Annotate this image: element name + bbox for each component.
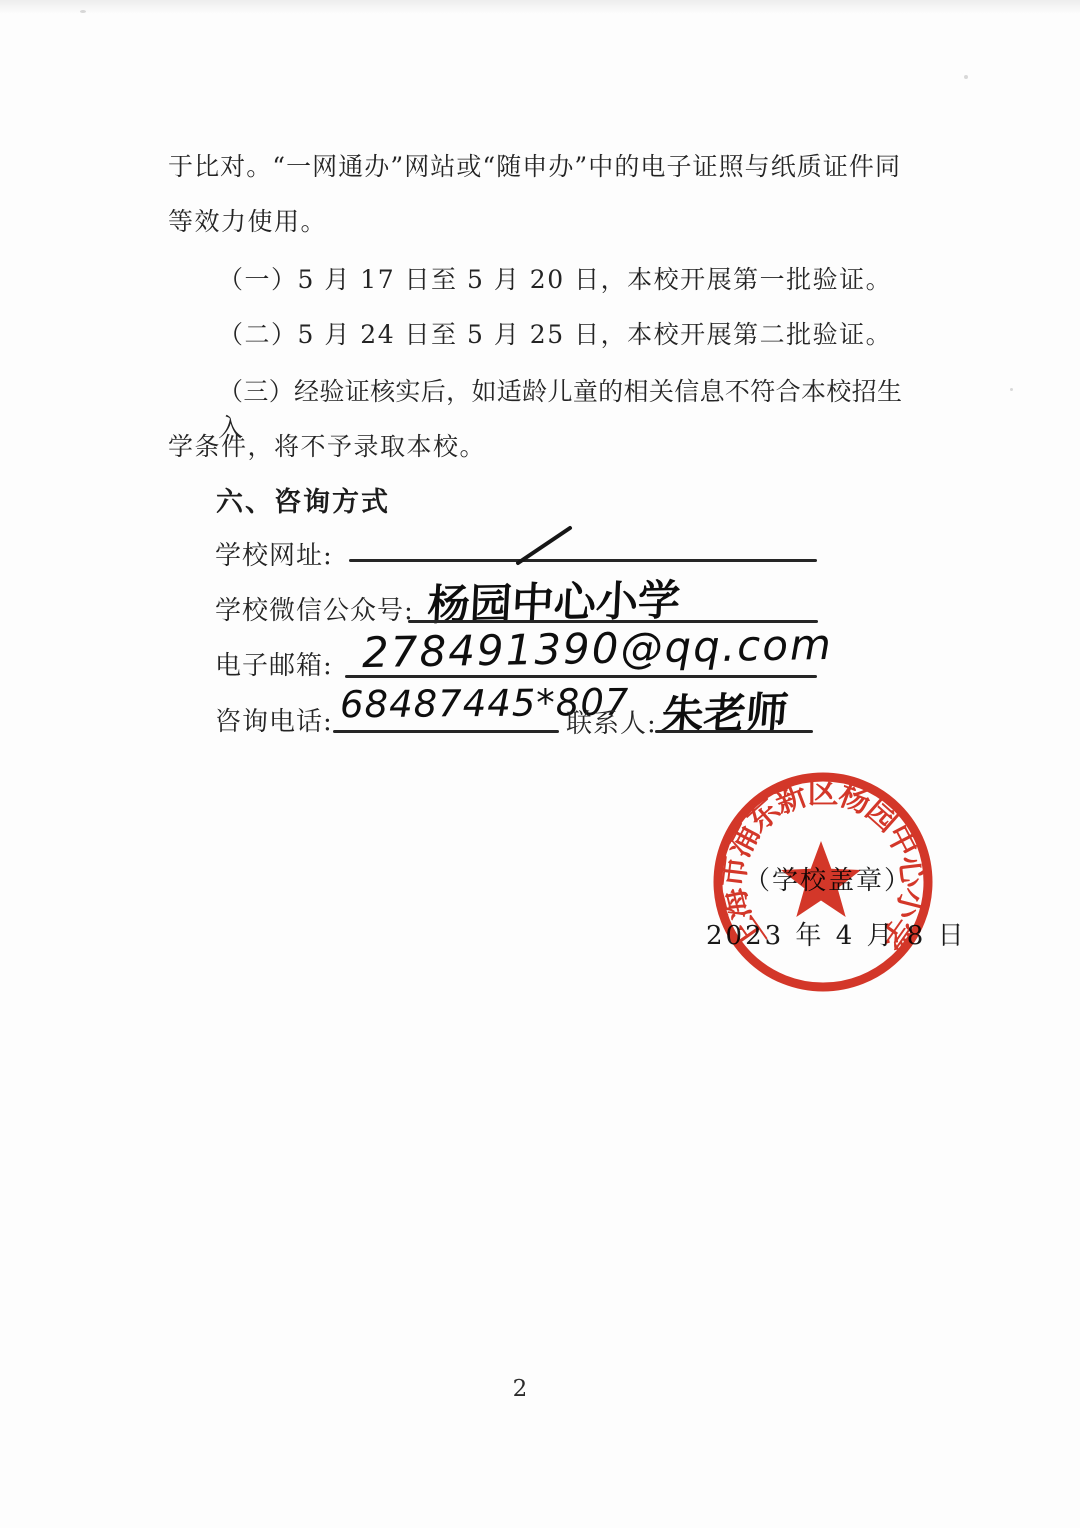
scan-smudge xyxy=(0,0,1080,14)
website-blank-line xyxy=(349,559,817,562)
phone-label: 咨询电话: xyxy=(215,701,333,738)
email-handwritten-value: 278491390@qq.com xyxy=(362,620,834,677)
contact-handwritten-value: 朱老师 xyxy=(659,679,790,742)
list-item-1: （一）5 月 17 日至 5 月 20 日，本校开展第一批验证。 xyxy=(218,260,892,296)
section-heading: 六、咨询方式 xyxy=(216,480,390,519)
list-item-2: （二）5 月 24 日至 5 月 25 日，本校开展第二批验证。 xyxy=(218,315,892,351)
contact-blank-line xyxy=(655,730,813,733)
email-blank-line xyxy=(345,675,817,678)
paragraph-line: 等效力使用。 xyxy=(168,202,327,238)
wechat-label: 学校微信公众号: xyxy=(215,590,414,627)
list-item-3-line2: 学条件，将不予录取本校。 xyxy=(168,427,486,463)
scan-speck xyxy=(1010,388,1013,391)
seal-caption: （学校盖章） xyxy=(744,860,912,897)
scan-speck xyxy=(964,75,968,79)
seal-ring-char: 区 xyxy=(808,775,839,811)
email-label: 电子邮箱: xyxy=(215,645,333,682)
handwritten-slash-mark xyxy=(508,520,580,568)
paragraph-line: 于比对。“一网通办”网站或“随申办”中的电子证照与纸质证件同 xyxy=(168,147,900,183)
scan-speck xyxy=(80,10,86,13)
page-number: 2 xyxy=(420,1376,620,1402)
contact-label: 联系人: xyxy=(566,703,657,740)
document-page: 于比对。“一网通办”网站或“随申办”中的电子证照与纸质证件同 等效力使用。 （一… xyxy=(0,0,1080,1528)
website-label: 学校网址: xyxy=(215,535,333,572)
document-date: 2023 年 4 月 8 日 xyxy=(706,915,967,952)
phone-blank-line xyxy=(333,730,559,733)
